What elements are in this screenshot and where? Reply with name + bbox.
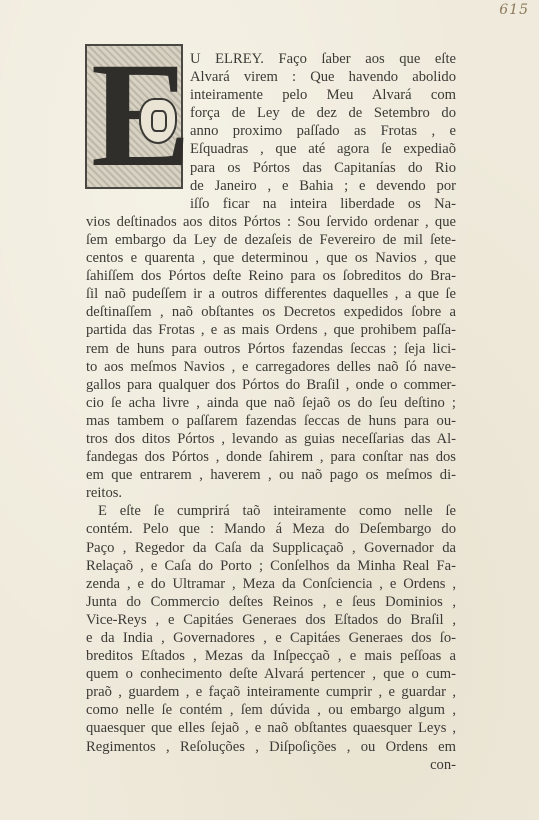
paragraph-2: E eſte ſe cumprirá taõ inteiramente como… [86,502,456,755]
paragraph-1: vios deſtinados aos ditos Pórtos : Sou ſ… [86,213,456,503]
text-line: zenda , e do Ultramar , Meza da Conſcien… [86,575,456,593]
text-line: mas tambem o paſſarem fazendas ſeccas de… [86,412,456,430]
text-line: E eſte ſe cumprirá taõ inteiramente como… [86,502,456,520]
text-line: contém. Pelo que : Mando á Meza do Deſem… [86,520,456,538]
text-line: quem o conhecimento deſte Alvará pertenc… [86,665,456,683]
text-line: Relaçaõ , e Caſa do Porto ; Conſelhos da… [86,557,456,575]
text-line: rem de huns para outros Pórtos fazendas … [86,340,456,358]
text-line: ſahiſſem dos Pórtos deſte Reino para os … [86,267,456,285]
text-line: ſil naõ pudeſſem ir a outros differentes… [86,285,456,303]
text-line: Paço , Regedor da Caſa da Supplicaçaõ , … [86,539,456,557]
text-line: Alvará virem : Que havendo abolido [190,68,456,86]
text-line: praõ , guardem , e façaõ inteiramente cu… [86,683,456,701]
text-line: breditos Eſtados , Mezas da Inſpecçaõ , … [86,647,456,665]
text-line: em que entrarem , haverem , ou naõ pago … [86,466,456,484]
text-line: fandegas dos Pórtos , donde ſahirem , pa… [86,448,456,466]
text-line: centos e quarenta , que determinou , que… [86,249,456,267]
text-line: e da India , Governadores , e Capitáes G… [86,629,456,647]
text-line: de Janeiro , e Bahia ; e devendo por [190,177,456,195]
text-line: inteiramente pelo Meu Alvará com [190,86,456,104]
text-line: Junta do Commercio deſtes Reinos , e ſeu… [86,593,456,611]
text-line: U ELREY. Faço ſaber aos que eſte [190,50,456,68]
catchword: con- [86,756,456,774]
text-line: cio ſe acha livre , ainda que naõ ſejaõ … [86,394,456,412]
text-line: Regimentos , Reſoluções , Diſpoſições , … [86,738,456,756]
text-line: quaesquer que elles ſejaõ , e naõ obſtan… [86,719,456,737]
text-line: gallos para qualquer dos Pórtos do Braſi… [86,376,456,394]
text-line: ſem embargo da Ley de dezaſeis de Fevere… [86,231,456,249]
text-line: deſtinaſſem , naõ obſtantes os Decretos … [86,303,456,321]
text-line: partida das Frotas , e as mais Ordens , … [86,321,456,339]
text-line: anno proximo paſſado as Frotas , e [190,122,456,140]
decree-text: U ELREY. Faço ſaber aos que eſte Alvará … [86,50,456,774]
text-line: to aos meſmos Navios , e carregadores de… [86,358,456,376]
text-line: vios deſtinados aos ditos Pórtos : Sou ſ… [86,213,456,231]
opening-lines: U ELREY. Faço ſaber aos que eſte Alvará … [86,50,456,213]
text-line: como nelle ſe contém , ſem dúvida , ou e… [86,701,456,719]
text-line: reitos. [86,484,456,502]
page-number: 615 [499,2,529,18]
text-line: para os Pórtos das Capitanías do Rio [190,159,456,177]
text-line: iſſo ficar na inteira liberdade os Na- [190,195,456,213]
text-line: força de Ley de dez de Setembro do [190,104,456,122]
text-line: Vice-Reys , e Capitáes Generaes dos Eſta… [86,611,456,629]
text-line: tros dos ditos Pórtos , levando as guias… [86,430,456,448]
text-line: Eſquadras , que até agora ſe expediaõ [190,140,456,158]
